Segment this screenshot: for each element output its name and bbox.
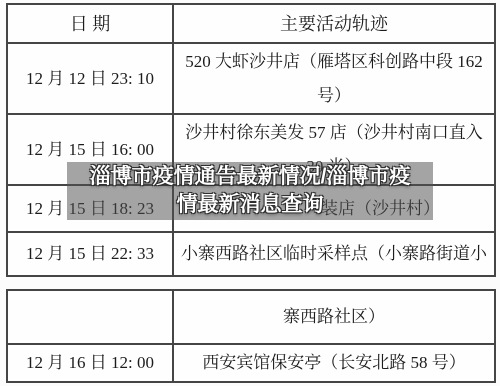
date-cell: 12 月 16 日 12: 00 [8, 345, 174, 381]
date-cell: 12 月 12 日 23: 10 [8, 44, 174, 113]
page: 日 期 主要活动轨迹 12 月 12 日 23: 10 520 大虾沙井店（雁塔… [0, 0, 500, 386]
table-row: 寨西路社区） [8, 291, 494, 343]
header-date: 日 期 [8, 5, 174, 42]
date-cell: 12 月 15 日 22: 33 [8, 233, 174, 275]
activity-cell: 西安宾馆保安亭（长安北路 58 号） [174, 345, 494, 381]
table-row: 12 月 15 日 22: 33 小寨西路社区临时采样点（小寨路街道小 [8, 231, 494, 275]
date-cell-empty [8, 291, 174, 343]
table-row: 12 月 16 日 12: 00 西安宾馆保安亭（长安北路 58 号） [8, 343, 494, 381]
watermark-text-line1: 淄博市疫情通告最新情况/淄博市疫 [90, 163, 411, 191]
watermark-text-line2: 情最新消息查询 [177, 191, 324, 219]
table-row: 12 月 12 日 23: 10 520 大虾沙井店（雁塔区科创路中段 162 … [8, 42, 494, 113]
activity-cell: 寨西路社区） [174, 291, 494, 343]
activity-table-lower: 寨西路社区） 12 月 16 日 12: 00 西安宾馆保安亭（长安北路 58 … [6, 289, 496, 383]
table-header-row: 日 期 主要活动轨迹 [8, 5, 494, 42]
activity-table-upper: 日 期 主要活动轨迹 12 月 12 日 23: 10 520 大虾沙井店（雁塔… [6, 3, 496, 277]
activity-cell: 520 大虾沙井店（雁塔区科创路中段 162 号） [174, 44, 494, 113]
activity-cell: 小寨西路社区临时采样点（小寨路街道小 [174, 233, 494, 275]
header-activity: 主要活动轨迹 [174, 5, 494, 42]
watermark-overlay: 淄博市疫情通告最新情况/淄博市疫 情最新消息查询 [67, 162, 433, 220]
